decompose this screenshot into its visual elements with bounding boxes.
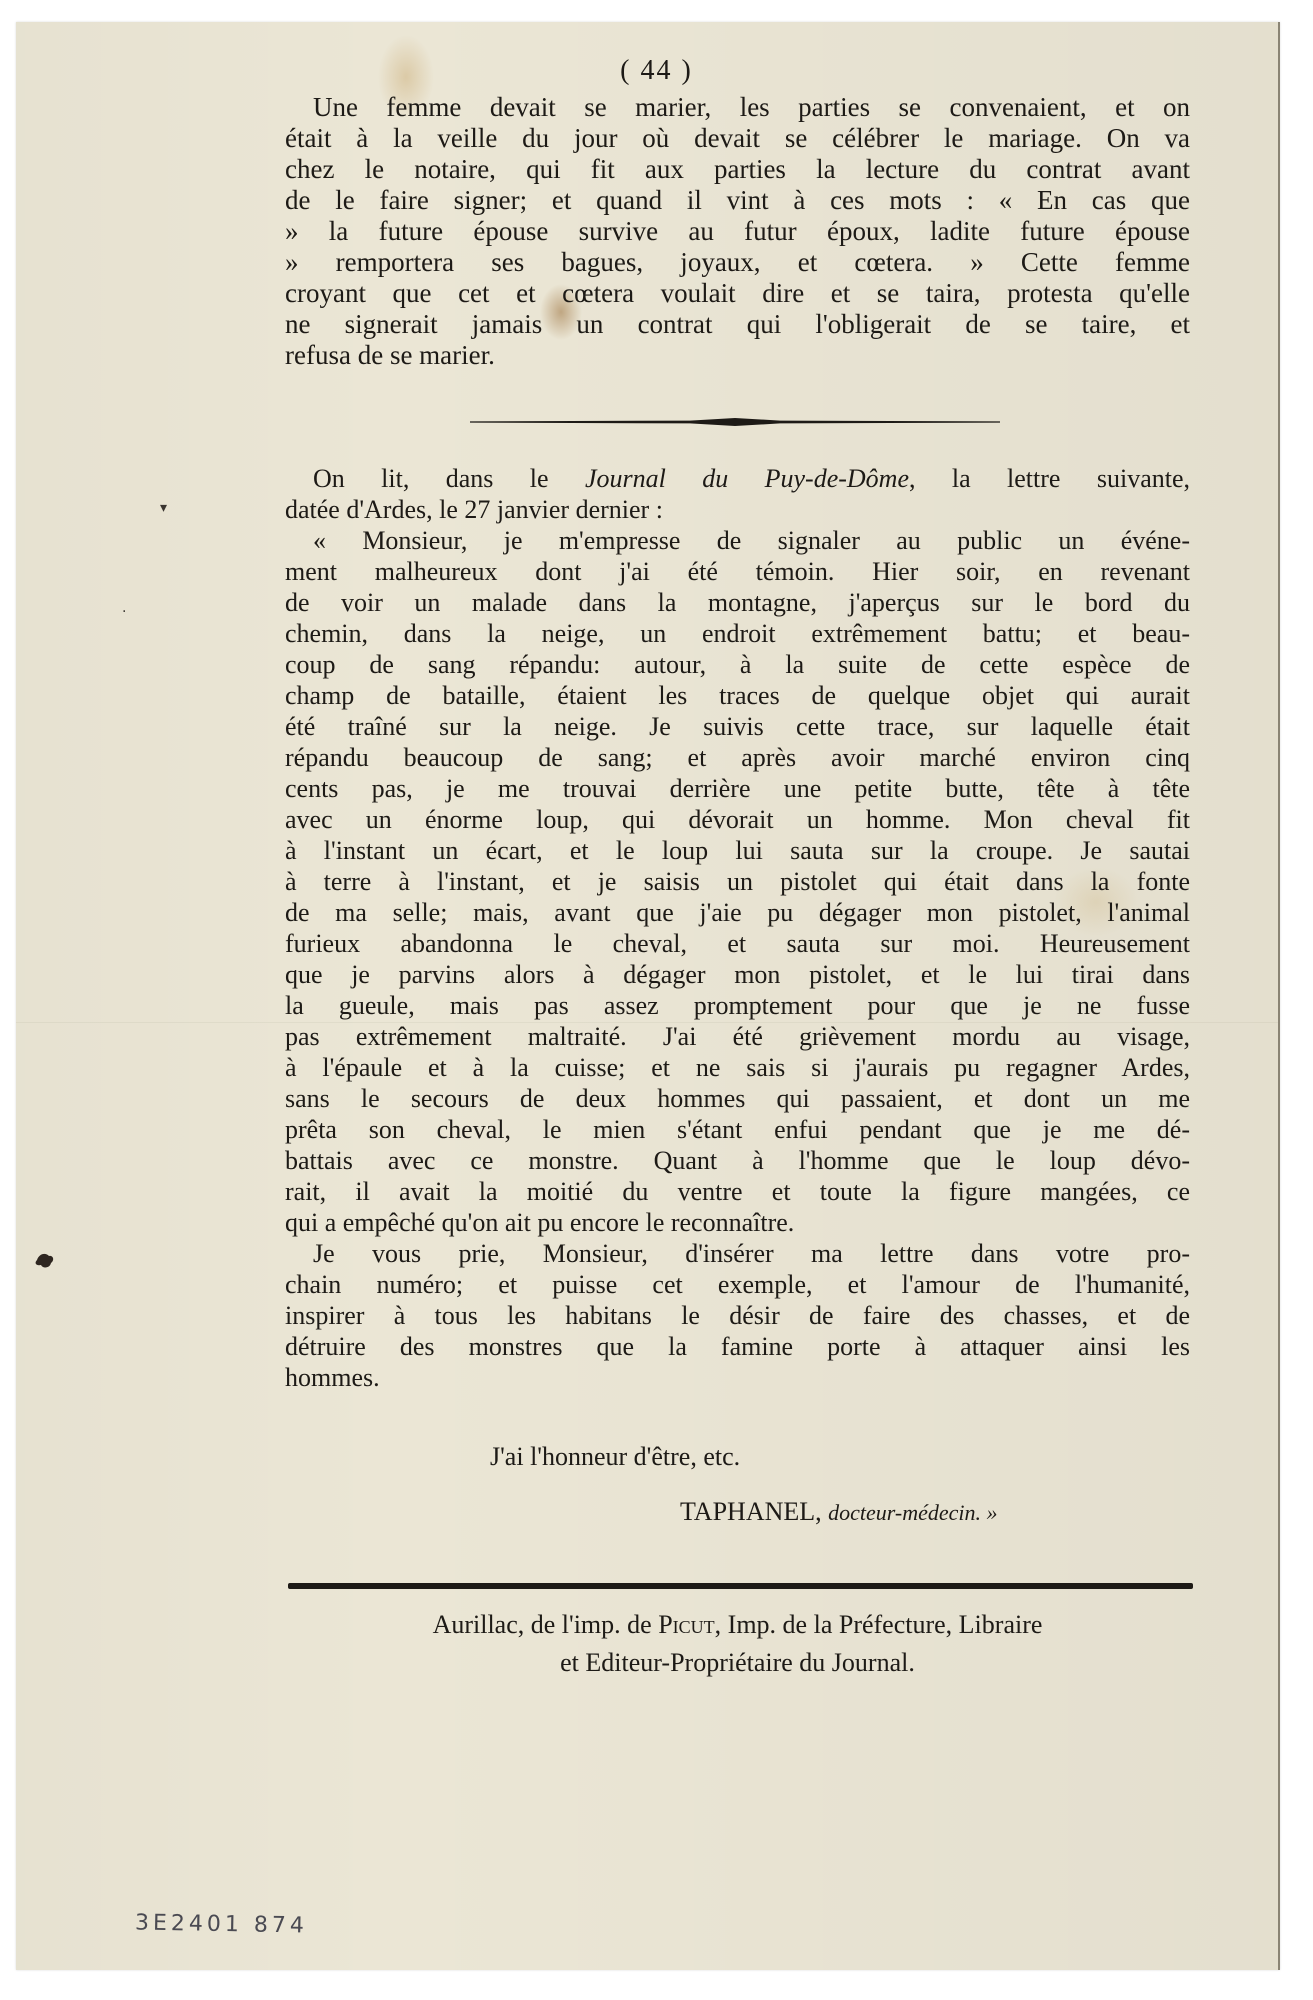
text-line: cents pas, je me trouvai derrière une pe… — [285, 773, 1190, 804]
journal-title: Journal du Puy-de-Dôme — [585, 464, 909, 493]
signer-name: TAPHANEL, — [680, 1497, 822, 1526]
text-line: la gueule, mais pas assez promptement po… — [285, 990, 1190, 1021]
text-line: coup de sang répandu: autour, à la suite… — [285, 649, 1190, 680]
text-line: croyant que cet et cœtera voulait dire e… — [285, 278, 1190, 309]
signature: TAPHANEL, docteur-médecin. » — [680, 1497, 998, 1527]
text-line: chain numéro; et puisse cet exemple, et … — [285, 1269, 1190, 1300]
text-line: hommes. — [285, 1362, 1190, 1393]
text-line: battais avec ce monstre. Quant à l'homme… — [285, 1145, 1190, 1176]
text-line: pas extrêmement maltraité. J'ai été griè… — [285, 1021, 1190, 1052]
ornamental-divider — [470, 418, 1000, 426]
text-line: sans le secours de deux hommes qui passa… — [285, 1083, 1190, 1114]
text-line: de le faire signer; et quand il vint à c… — [285, 185, 1190, 216]
text-line: » remportera ses bagues, joyaux, et cœte… — [285, 247, 1190, 278]
text-line: inspirer à tous les habitans le désir de… — [285, 1300, 1190, 1331]
footer-rule — [288, 1583, 1193, 1589]
imprint-suffix: , Imp. de la Préfecture, Libraire — [715, 1610, 1043, 1639]
imprint-line-1: Aurillac, de l'imp. de Picut, Imp. de la… — [285, 1606, 1190, 1644]
signer-role: docteur-médecin. » — [828, 1500, 997, 1525]
text-line: Je vous prie, Monsieur, d'insérer ma let… — [285, 1238, 1190, 1269]
text-line: de ma selle; mais, avant que j'aie pu dé… — [285, 897, 1190, 928]
text-line: furieux abandonna le cheval, et sauta su… — [285, 928, 1190, 959]
text-line: ment malheureux dont j'ai été témoin. Hi… — [285, 556, 1190, 587]
page-number: ( 44 ) — [0, 55, 1313, 87]
text-line: datée d'Ardes, le 27 janvier dernier : — [285, 494, 1190, 525]
text-line: répandu beaucoup de sang; et après avoir… — [285, 742, 1190, 773]
text-line: refusa de se marier. — [285, 340, 1190, 371]
text-line: que je parvins alors à dégager mon pisto… — [285, 959, 1190, 990]
text-line: était à la veille du jour où devait se c… — [285, 123, 1190, 154]
text-line: rait, il avait la moitié du ventre et to… — [285, 1176, 1190, 1207]
paragraph-wedding-anecdote: Une femme devait se marier, les parties … — [285, 92, 1190, 371]
closing-salutation: J'ai l'honneur d'être, etc. — [490, 1442, 740, 1472]
text-line: chez le notaire, qui fit aux parties la … — [285, 154, 1190, 185]
text-line: prêta son cheval, le mien s'étant enfui … — [285, 1114, 1190, 1145]
text-line: à l'instant un écart, et le loup lui sau… — [285, 835, 1190, 866]
text-line: champ de bataille, étaient les traces de… — [285, 680, 1190, 711]
text-line: à terre à l'instant, et je saisis un pis… — [285, 866, 1190, 897]
text-line: détruire des monstres que la famine port… — [285, 1331, 1190, 1362]
intro-suffix: , la lettre suivante, — [909, 464, 1190, 493]
text-line: ne signerait jamais un contrat qui l'obl… — [285, 309, 1190, 340]
margin-dot-mark: ▾ — [160, 500, 167, 516]
text-line: Une femme devait se marier, les parties … — [285, 92, 1190, 123]
text-line: » la future épouse survive au futur épou… — [285, 216, 1190, 247]
imprint-line-2: et Editeur-Propriétaire du Journal. — [285, 1644, 1190, 1682]
imprint-prefix: Aurillac, de l'imp. de — [433, 1610, 659, 1639]
text-line: chemin, dans la neige, un endroit extrêm… — [285, 618, 1190, 649]
text-line: « Monsieur, je m'empresse de signaler au… — [285, 525, 1190, 556]
ink-blot-mark — [33, 1250, 57, 1270]
printer-name: Picut — [658, 1610, 714, 1639]
margin-dot-mark: · — [122, 604, 126, 620]
text-line: qui a empêché qu'on ait pu encore le rec… — [285, 1207, 1190, 1238]
paragraph-wolf-letter: On lit, dans le Journal du Puy-de-Dôme, … — [285, 463, 1190, 1393]
handwritten-shelfmark: 3E2401 874 — [135, 1910, 308, 1938]
text-line: à l'épaule et à la cuisse; et ne sais si… — [285, 1052, 1190, 1083]
printer-imprint: Aurillac, de l'imp. de Picut, Imp. de la… — [285, 1606, 1190, 1682]
text-line-intro: On lit, dans le Journal du Puy-de-Dôme, … — [285, 463, 1190, 494]
text-line: été traîné sur la neige. Je suivis cette… — [285, 711, 1190, 742]
text-line: de voir un malade dans la montagne, j'ap… — [285, 587, 1190, 618]
text-line: avec un énorme loup, qui dévorait un hom… — [285, 804, 1190, 835]
intro-prefix: On lit, dans le — [313, 464, 585, 493]
